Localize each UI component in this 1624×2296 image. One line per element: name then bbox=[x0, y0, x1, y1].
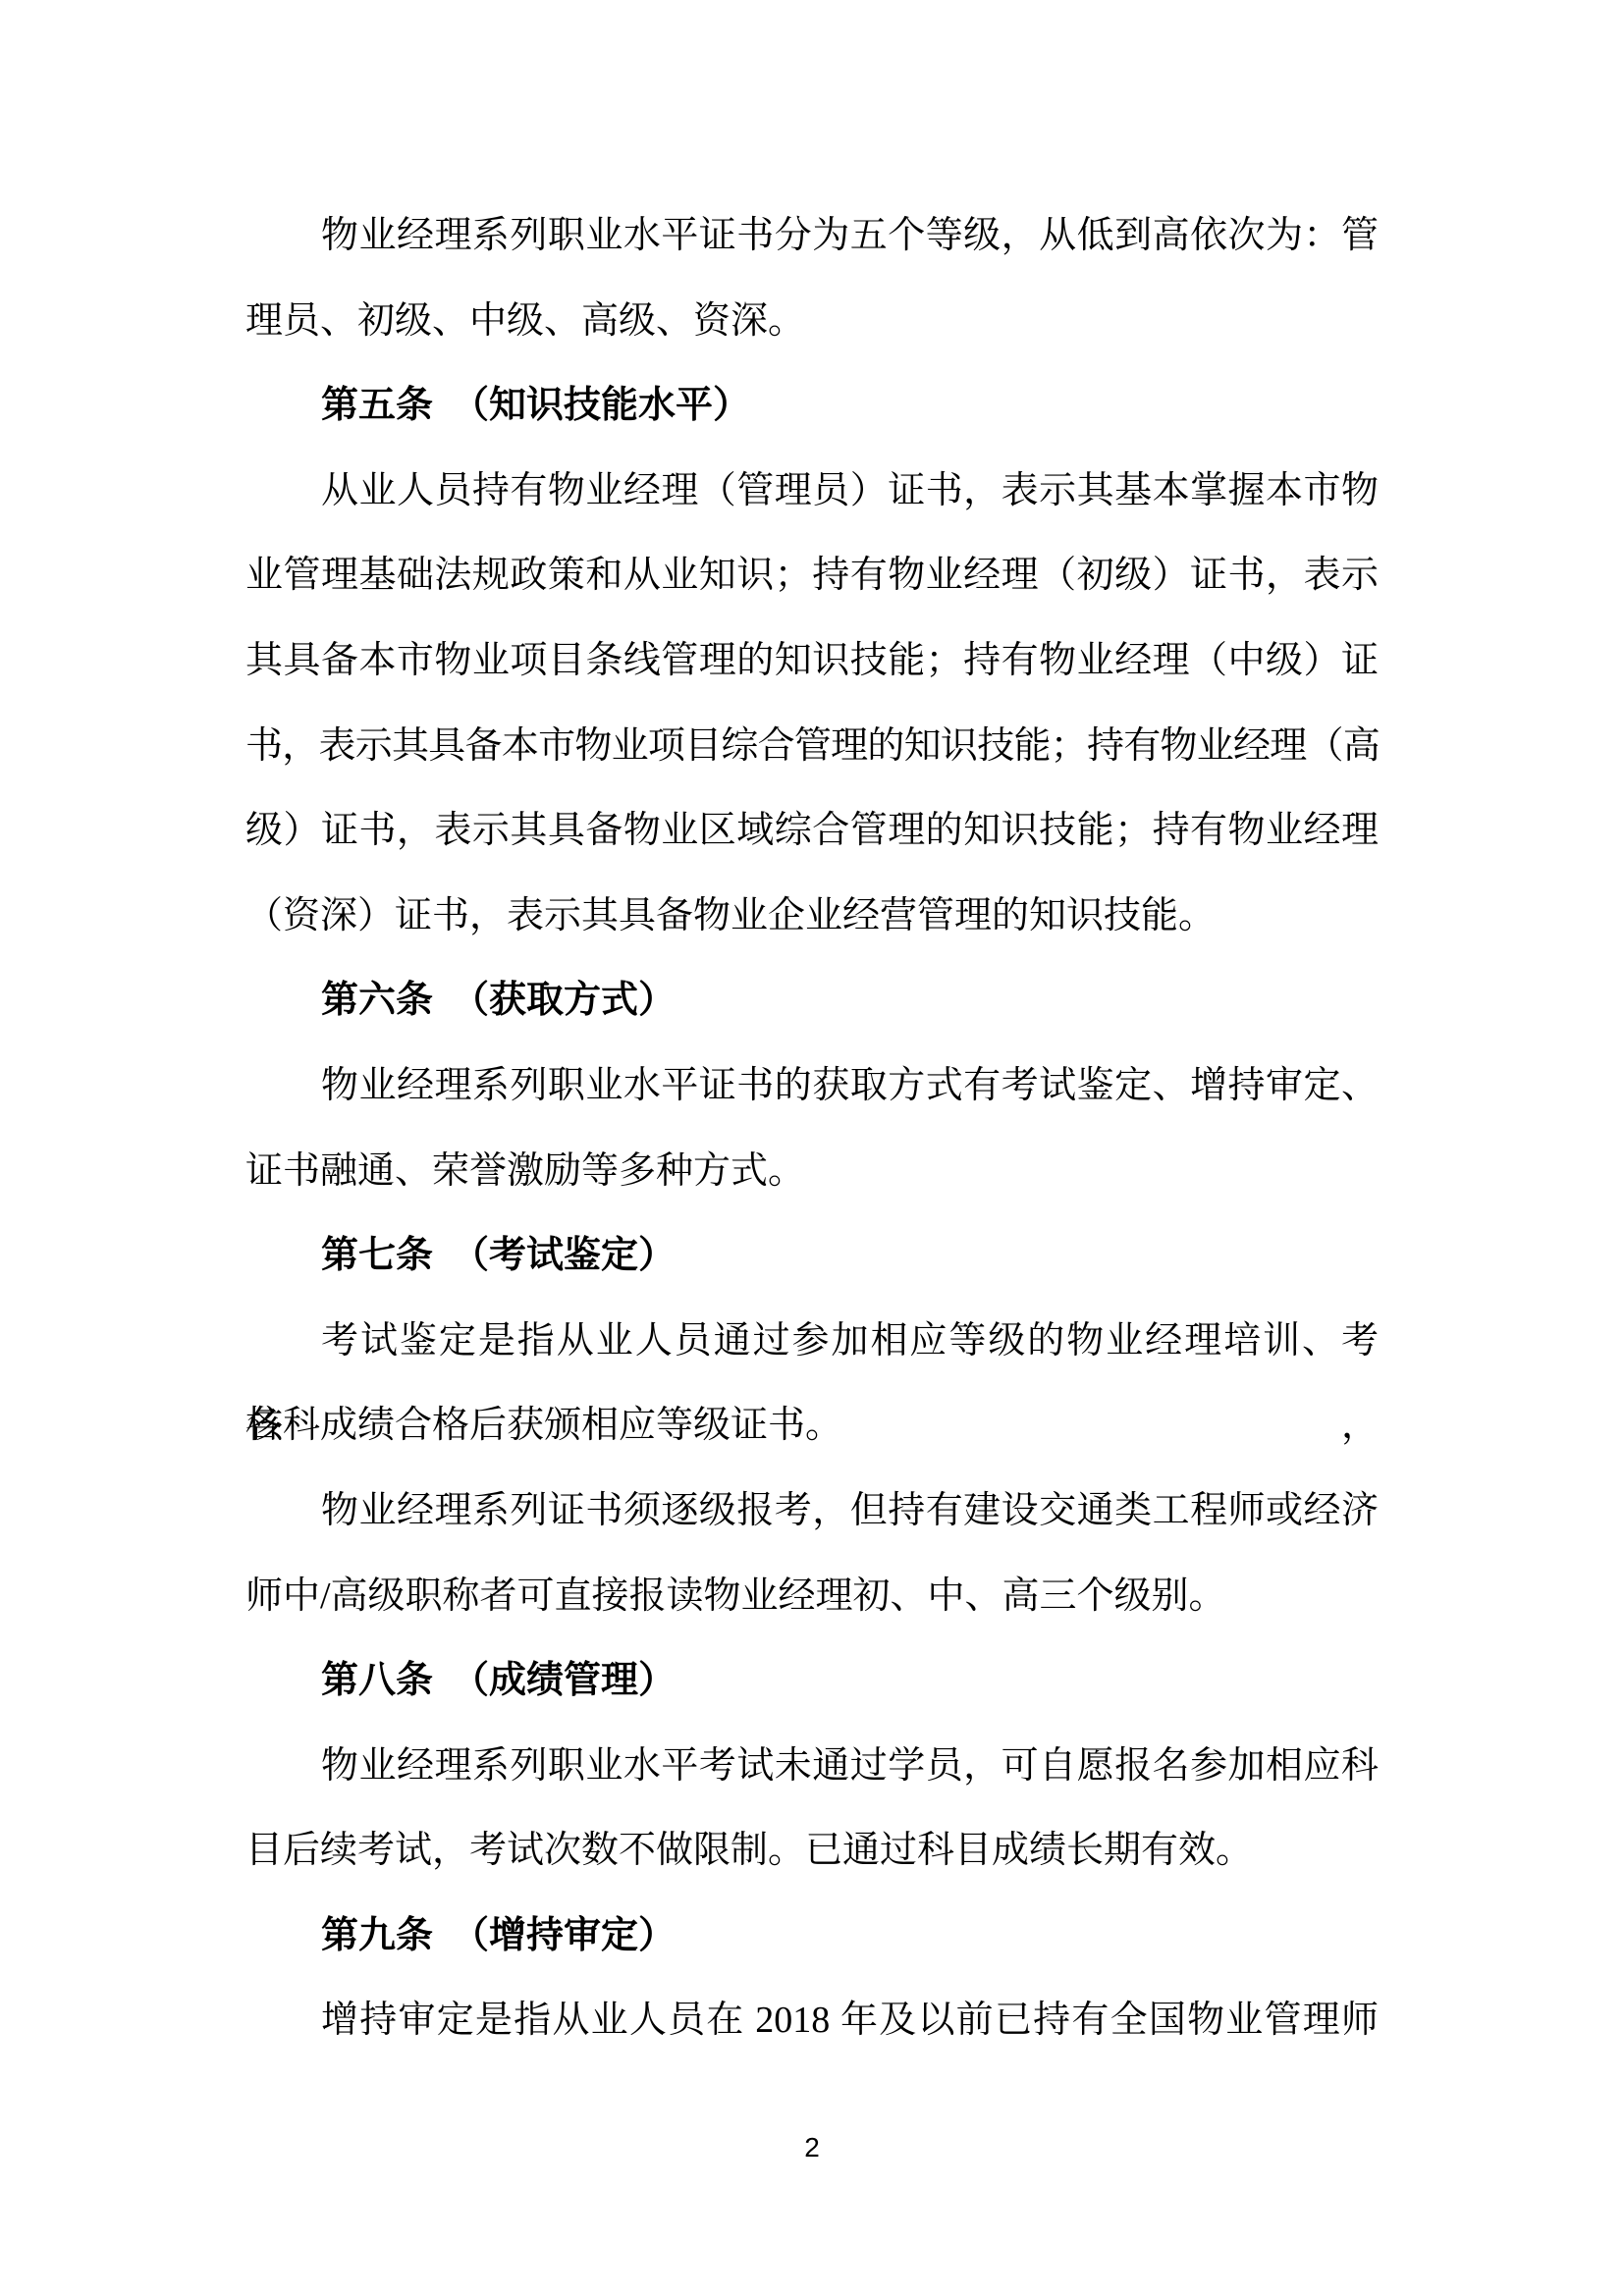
body-line: 师中/高级职称者可直接报读物业经理初、中、高三个级别。 bbox=[245, 1554, 1379, 1639]
text-block: 物业经理系列职业水平证书分为五个等级，从低到高依次为：管理员、初级、中级、高级、… bbox=[245, 193, 1379, 2063]
page-number: 2 bbox=[0, 2128, 1624, 2167]
article-heading: 第六条 （获取方式） bbox=[245, 958, 1379, 1043]
body-line: 物业经理系列证书须逐级报考，但持有建设交通类工程师或经济 bbox=[245, 1468, 1379, 1554]
body-line: 理员、初级、中级、高级、资深。 bbox=[245, 279, 1379, 364]
body-line: 书，表示其具备本市物业项目综合管理的知识技能；持有物业经理（高 bbox=[245, 704, 1379, 789]
article-heading: 第五条 （知识技能水平） bbox=[245, 363, 1379, 449]
body-line: （资深）证书，表示其具备物业企业经营管理的知识技能。 bbox=[245, 874, 1379, 959]
body-line: 物业经理系列职业水平证书的获取方式有考试鉴定、增持审定、 bbox=[245, 1043, 1379, 1129]
body-line: 物业经理系列职业水平考试未通过学员，可自愿报名参加相应科 bbox=[245, 1724, 1379, 1809]
body-line: 业管理基础法规政策和从业知识；持有物业经理（初级）证书，表示 bbox=[245, 533, 1379, 618]
body-line: 增持审定是指从业人员在 2018 年及以前已持有全国物业管理师 bbox=[245, 1978, 1379, 2063]
document-page: 物业经理系列职业水平证书分为五个等级，从低到高依次为：管理员、初级、中级、高级、… bbox=[0, 0, 1624, 2296]
body-line: 目后续考试，考试次数不做限制。已通过科目成绩长期有效。 bbox=[245, 1808, 1379, 1894]
body-line: 证书融通、荣誉激励等多种方式。 bbox=[245, 1129, 1379, 1214]
article-heading: 第八条 （成绩管理） bbox=[245, 1638, 1379, 1724]
body-line: 考试鉴定是指从业人员通过参加相应等级的物业经理培训、考核， bbox=[245, 1299, 1379, 1384]
body-line: 级）证书，表示其具备物业区域综合管理的知识技能；持有物业经理 bbox=[245, 788, 1379, 874]
body-line: 物业经理系列职业水平证书分为五个等级，从低到高依次为：管 bbox=[245, 193, 1379, 279]
body-line: 其具备本市物业项目条线管理的知识技能；持有物业经理（中级）证 bbox=[245, 618, 1379, 704]
article-heading: 第七条 （考试鉴定） bbox=[245, 1213, 1379, 1299]
article-heading: 第九条 （增持审定） bbox=[245, 1894, 1379, 1979]
body-line: 从业人员持有物业经理（管理员）证书，表示其基本掌握本市物 bbox=[245, 449, 1379, 534]
